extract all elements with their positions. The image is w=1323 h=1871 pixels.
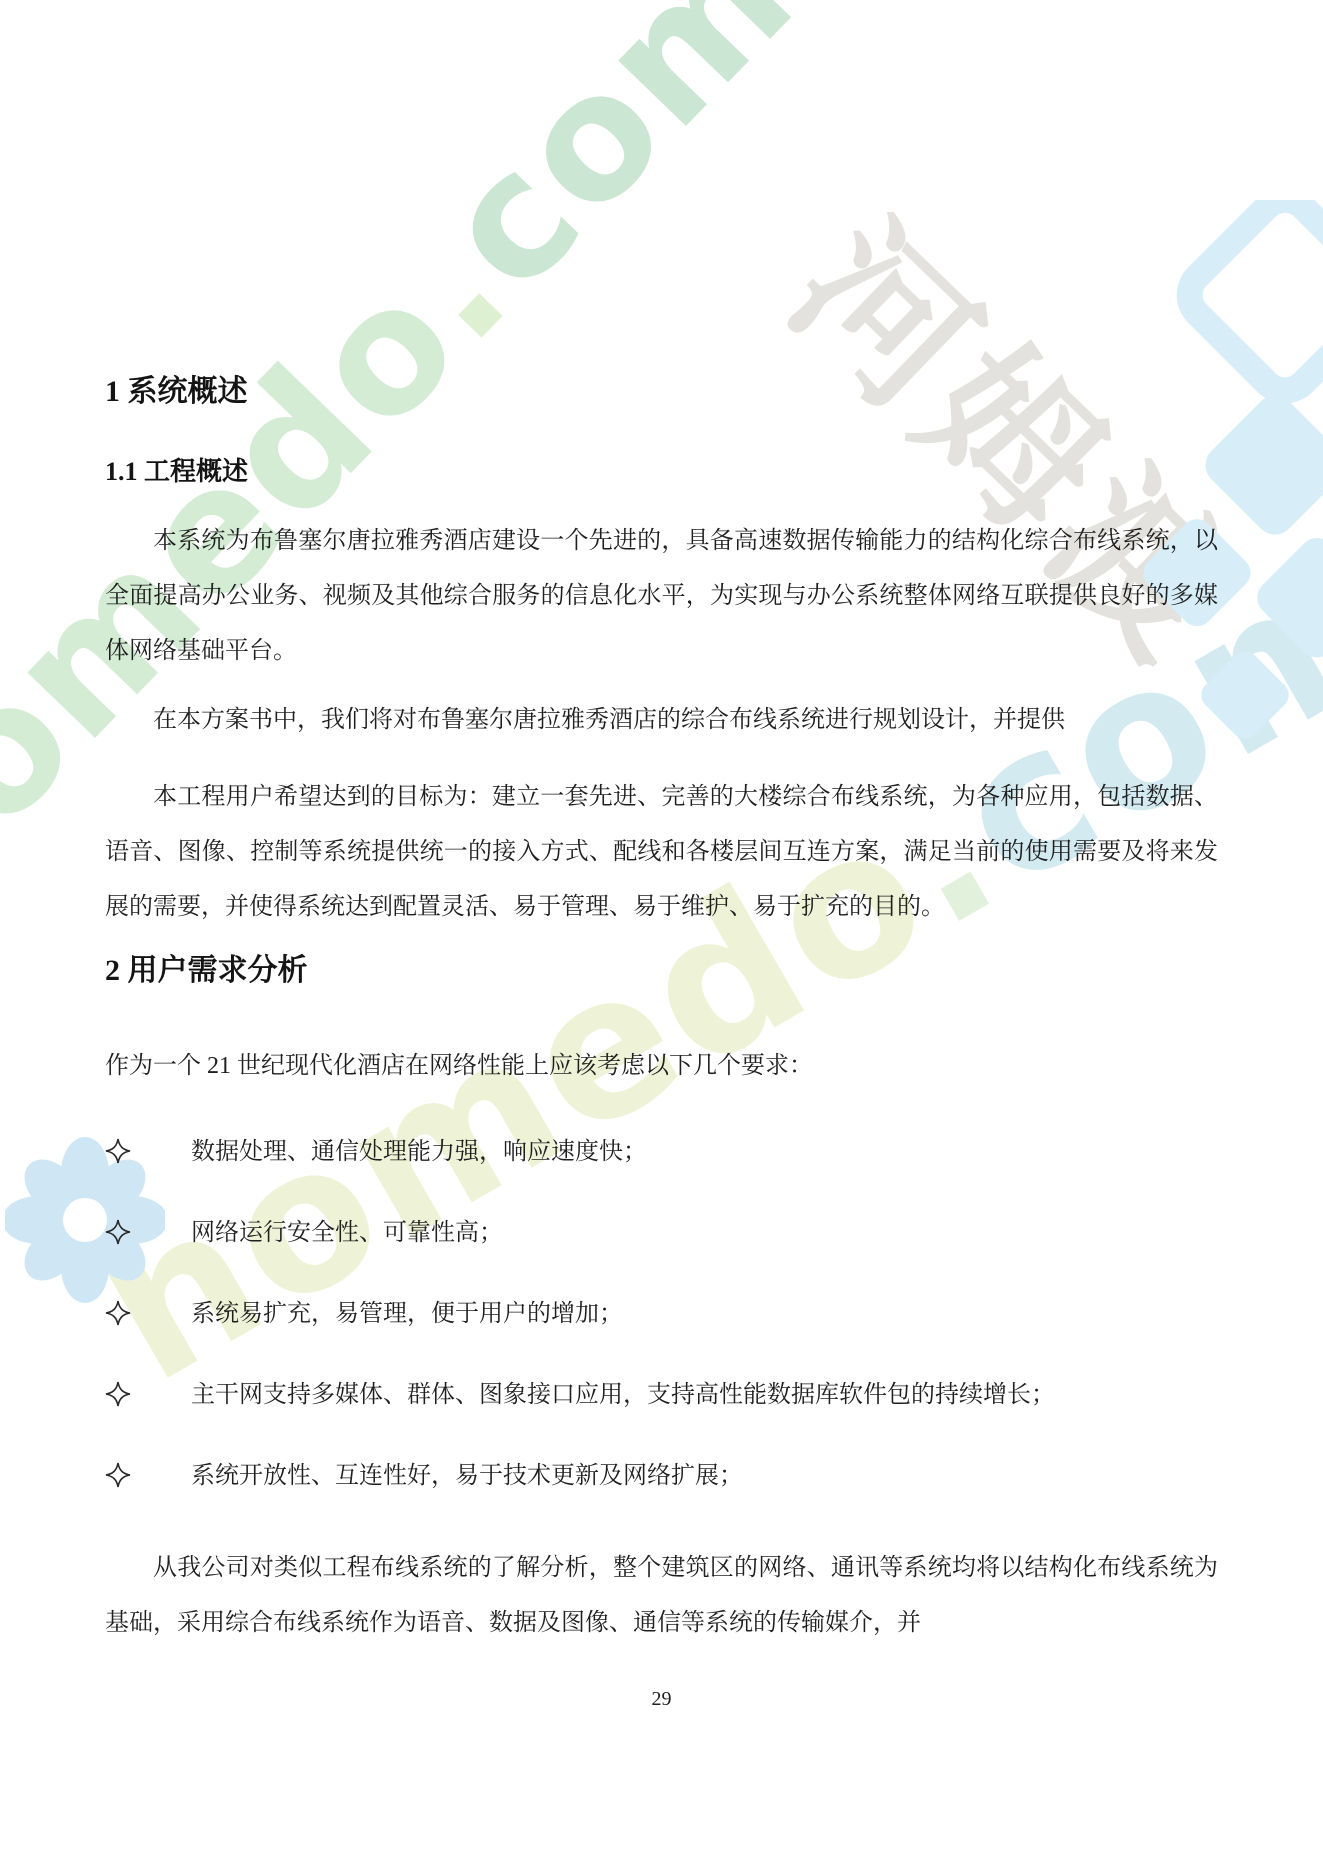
section1-1-title: 1.1 工程概述 — [105, 454, 1218, 490]
section1-title: 1 系统概述 — [105, 372, 1218, 412]
four-pointed-star-icon — [105, 1298, 191, 1335]
bullet-text: 系统易扩充，易管理，便于用户的增加； — [191, 1298, 623, 1330]
paragraph: 本系统为布鲁塞尔唐拉雅秀酒店建设一个先进的，具备高速数据传输能力的结构化综合布线… — [105, 514, 1218, 679]
bullet-text: 数据处理、通信处理能力强，响应速度快； — [191, 1136, 647, 1168]
bullet-item: 主干网支持多媒体、群体、图象接口应用，支持高性能数据库软件包的持续增长； — [105, 1379, 1218, 1416]
bullet-item: 数据处理、通信处理能力强，响应速度快； — [105, 1136, 1218, 1173]
requirements-bullet-list: 数据处理、通信处理能力强，响应速度快； 网络运行安全性、可靠性高； 系统易扩充，… — [105, 1136, 1218, 1497]
bullet-item: 系统开放性、互连性好，易于技术更新及网络扩展； — [105, 1460, 1218, 1497]
section2-intro: 作为一个 21 世纪现代化酒店在网络性能上应该考虑以下几个要求： — [105, 1039, 1218, 1094]
four-pointed-star-icon — [105, 1136, 191, 1173]
bullet-text: 系统开放性、互连性好，易于技术更新及网络扩展； — [191, 1460, 743, 1492]
paragraph: 在本方案书中，我们将对布鲁塞尔唐拉雅秀酒店的综合布线系统进行规划设计，并提供 — [105, 693, 1218, 748]
four-pointed-star-icon — [105, 1460, 191, 1497]
paragraph: 本工程用户希望达到的目标为：建立一套先进、完善的大楼综合布线系统，为各种应用，包… — [105, 770, 1218, 935]
bullet-item: 系统易扩充，易管理，便于用户的增加； — [105, 1298, 1218, 1335]
bullet-item: 网络运行安全性、可靠性高； — [105, 1217, 1218, 1254]
four-pointed-star-icon — [105, 1217, 191, 1254]
bullet-text: 主干网支持多媒体、群体、图象接口应用，支持高性能数据库软件包的持续增长； — [191, 1379, 1055, 1411]
paragraph: 从我公司对类似工程布线系统的了解分析，整个建筑区的网络、通讯等系统均将以结构化布… — [105, 1541, 1218, 1651]
bullet-text: 网络运行安全性、可靠性高； — [191, 1217, 503, 1249]
document-page: { "page": { "number": "29", "background"… — [0, 0, 1323, 1871]
section2-title: 2 用户需求分析 — [105, 951, 1218, 991]
document-body: 1 系统概述 1.1 工程概述 本系统为布鲁塞尔唐拉雅秀酒店建设一个先进的，具备… — [0, 0, 1323, 1871]
four-pointed-star-icon — [105, 1379, 191, 1416]
